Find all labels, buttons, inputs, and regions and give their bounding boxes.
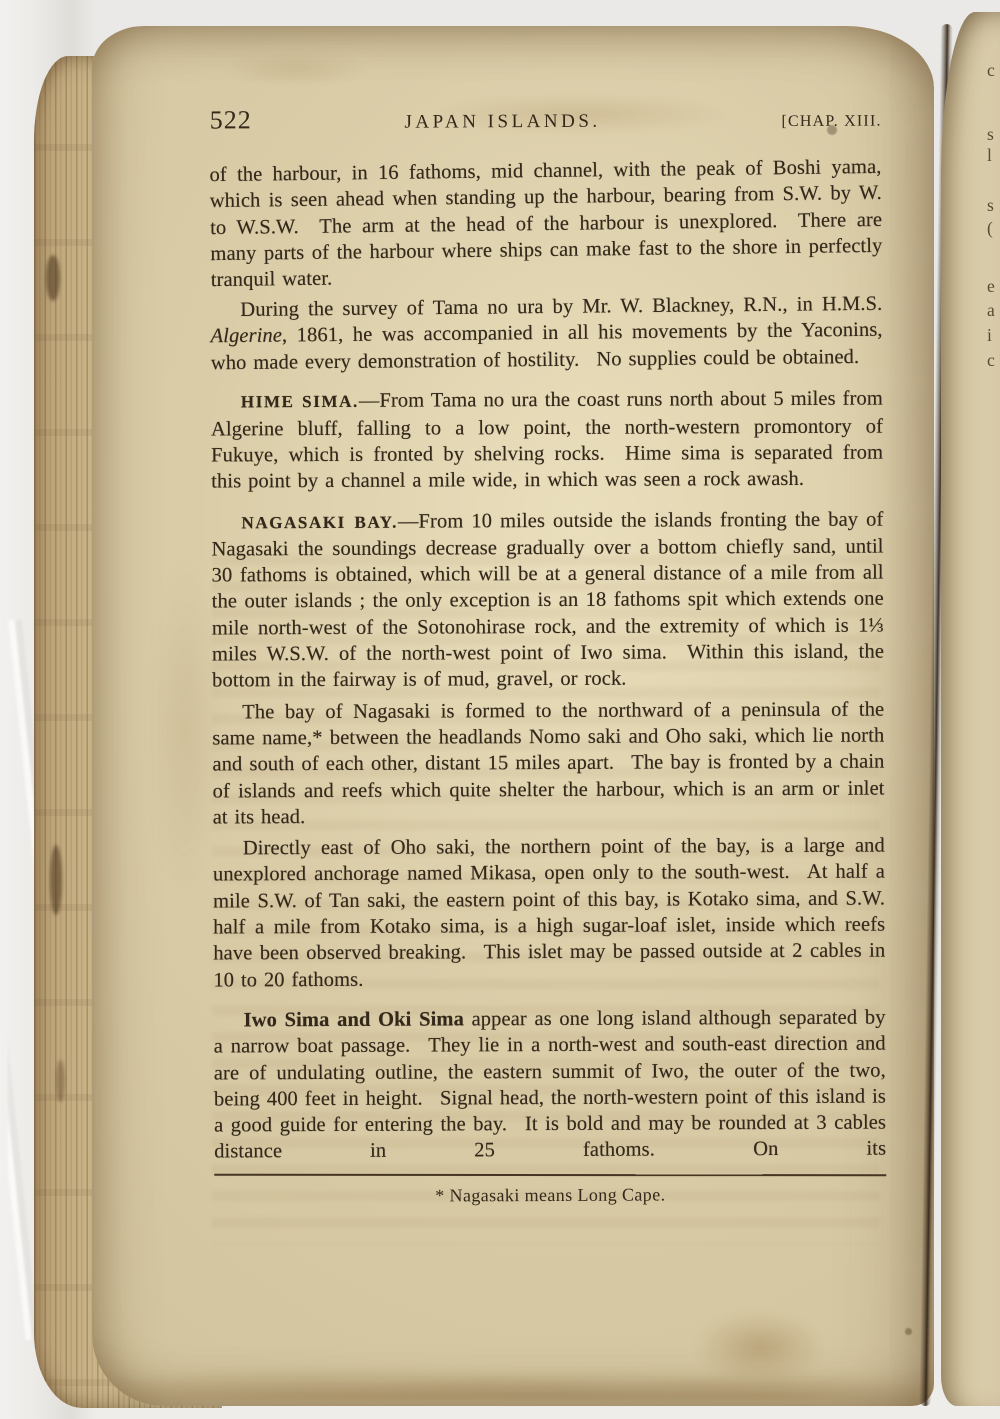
paragraph: NAGASAKI BAY.—From 10 miles outside the … bbox=[211, 506, 884, 694]
facing-page-edge: csls(eaic bbox=[941, 12, 1000, 1406]
text-segment: Directly east of Oho saki, the northern … bbox=[213, 835, 885, 991]
book-scan: 522 JAPAN ISLANDS. [CHAP. XIII. of the h… bbox=[0, 0, 1000, 1419]
footnote-rule bbox=[214, 1173, 886, 1176]
partial-letter: c bbox=[987, 352, 1000, 370]
section-heading: HIME SIMA. bbox=[241, 392, 359, 412]
stain bbox=[695, 1312, 825, 1384]
paragraph: Directly east of Oho saki, the northern … bbox=[213, 833, 886, 994]
partial-letter: s bbox=[987, 126, 1000, 144]
partial-letter: l bbox=[987, 147, 1000, 165]
section-heading: Iwo Sima and Oki Sima bbox=[244, 1008, 464, 1031]
partial-letter: e bbox=[987, 278, 1000, 296]
text-segment: The bay of Nagasaki is formed to the nor… bbox=[212, 698, 884, 828]
paragraph: HIME SIMA.—From Tama no ura the coast ru… bbox=[211, 386, 883, 495]
text-segment: Algerine bbox=[211, 325, 283, 348]
text-body: of the harbour, in 16 fathoms, mid chann… bbox=[210, 157, 886, 1166]
partial-letter: i bbox=[987, 327, 1000, 345]
paragraph: of the harbour, in 16 fathoms, mid chann… bbox=[209, 154, 883, 294]
stain bbox=[905, 1328, 912, 1335]
paragraph: During the survey of Tama no ura by Mr. … bbox=[210, 291, 883, 376]
partial-letter: ( bbox=[987, 220, 1000, 238]
text-segment: of the harbour, in 16 fathoms, mid chann… bbox=[209, 156, 882, 291]
page-edge-notch bbox=[50, 845, 62, 915]
running-title: JAPAN ISLANDS. bbox=[404, 111, 600, 134]
partial-letter: c bbox=[987, 62, 1000, 80]
partial-letter: s bbox=[987, 197, 1000, 215]
paragraph: The bay of Nagasaki is formed to the nor… bbox=[212, 696, 885, 830]
text-segment: During the survey of Tama no ura by Mr. … bbox=[240, 293, 882, 321]
chapter-label: [CHAP. XIII. bbox=[781, 113, 881, 131]
stain bbox=[150, 560, 220, 900]
text-segment: —From 10 miles outside the islands front… bbox=[211, 508, 884, 692]
page-edge-notch bbox=[46, 255, 60, 301]
text-segment: , 1861, he was accompanied in all his mo… bbox=[211, 320, 883, 375]
partial-letter: a bbox=[987, 302, 1000, 320]
page-number: 522 bbox=[210, 105, 252, 135]
section-heading: NAGASAKI BAY. bbox=[241, 512, 398, 532]
page-edge-notch bbox=[56, 1060, 65, 1102]
facing-page-text-fragments: csls(eaic bbox=[987, 62, 1000, 370]
paragraph: Iwo Sima and Oki Sima appear as one long… bbox=[214, 1004, 887, 1165]
stain bbox=[225, 52, 365, 86]
page-content: 522 JAPAN ISLANDS. [CHAP. XIII. of the h… bbox=[210, 103, 887, 1208]
footnote: * Nagasaki means Long Cape. bbox=[214, 1183, 886, 1207]
page-header: 522 JAPAN ISLANDS. [CHAP. XIII. bbox=[210, 103, 882, 136]
